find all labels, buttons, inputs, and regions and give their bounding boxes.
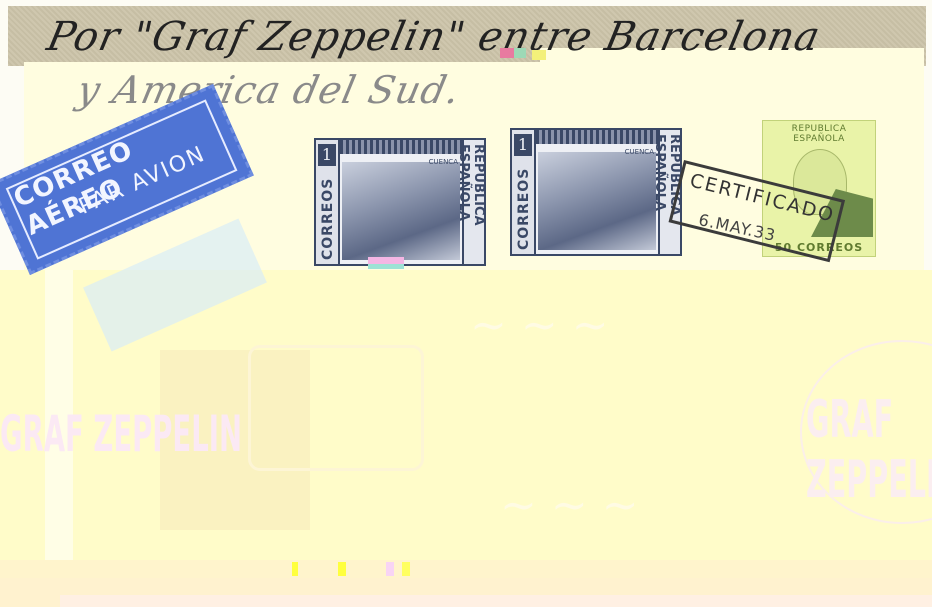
stamp-service-label: CORREOS [320, 178, 336, 260]
scan-artifact [338, 562, 346, 576]
scan-artifact [292, 562, 298, 576]
scan-artifact [514, 48, 526, 58]
stamp-caption: CUENCA [625, 148, 654, 156]
postage-stamp-cuenca-1: 1 CORREOS REPUBLICA ESPAÑOLA CUENCA [314, 138, 486, 266]
stamp-value: 1 [514, 134, 532, 156]
stamp-header: REPUBLICA ESPAÑOLA [767, 124, 871, 144]
stamp-value: 1 [318, 144, 336, 166]
scan-artifact [368, 264, 404, 269]
stamp-service-label: CORREOS [516, 168, 532, 250]
postage-stamp-cuenca-2: 1 CORREOS REPUBLICA ESPAÑOLA CUENCA [510, 128, 682, 256]
scan-artifact [500, 48, 514, 58]
scan-artifact [386, 562, 394, 576]
envelope-bottom-band-3 [60, 595, 932, 607]
stamp-country-label: REPUBLICA ESPAÑOLA [456, 144, 486, 264]
stamp-caption: CUENCA [429, 158, 458, 166]
scan-artifact [402, 562, 410, 576]
zeppelin-cachet-partial: GRAF ZEPPELIN [0, 405, 242, 463]
scan-artifact [532, 50, 546, 60]
handwritten-routing-line-2: y America del Sud. [73, 68, 464, 112]
handwritten-routing-line-1: Por "Graf Zeppelin" entre Barcelona [43, 14, 825, 60]
zeppelin-cachet-text: GRAF ZEPPELIN [806, 390, 932, 510]
faded-handwriting-1: ~ ~ ~ [470, 300, 609, 351]
faded-cancel-box [248, 345, 424, 471]
stamp-landscape-image [342, 162, 460, 260]
faded-handwriting-2: ~ ~ ~ [500, 480, 639, 531]
envelope-bottom-band [0, 560, 932, 578]
stamp-landscape-image [538, 152, 656, 250]
